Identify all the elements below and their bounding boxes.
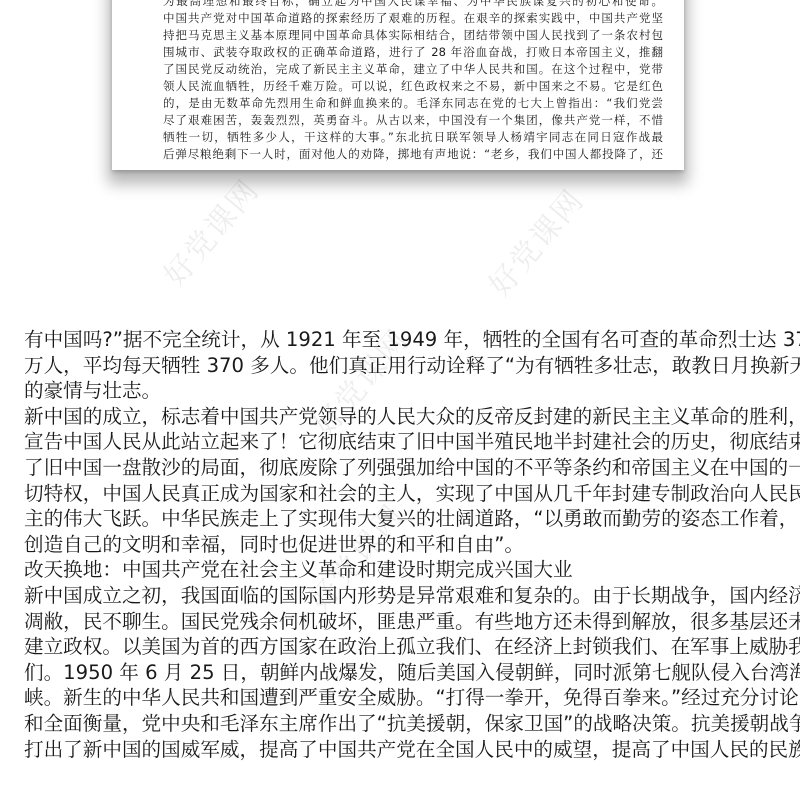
- watermark: 好党课网: [151, 168, 267, 294]
- body-line: 了旧中国一盘散沙的局面，彻底废除了列强强加给中国的不平等条约和帝国主义在中国的一: [24, 455, 776, 481]
- card-line: 尽了艰难困苦，轰轰烈烈，英勇奋斗。从古以来，中国没有一个集团，像共产党一样，不惜: [163, 112, 663, 129]
- section-heading: 改天换地：中国共产党在社会主义革命和建设时期完成兴国大业: [24, 557, 776, 583]
- body-line: 和全面衡量，党中央和毛泽东主席作出了“抗美援朝，保家卫国”的战略决策。抗美援朝战…: [24, 711, 776, 737]
- document-body: 有中国吗?”据不完全统计，从 1921 年至 1949 年，牺牲的全国有名可查的…: [24, 327, 776, 762]
- body-line: 主的伟大飞跃。中华民族走上了实现伟大复兴的壮阔道路，“以勇敢而勤劳的姿态工作着，: [24, 506, 776, 532]
- body-line: 建立政权。以美国为首的西方国家在政治上孤立我们、在经济上封锁我们、在军事上威胁我: [24, 634, 776, 660]
- card-line: 牺牲一切，牺牲多少人，干这样的大事。”东北抗日联军领导人杨靖宇同志在同日寇作战最: [163, 129, 663, 146]
- body-line: 凋敝，民不聊生。国民党残余伺机破坏，匪患严重。有些地方还未得到解放，很多基层还未: [24, 609, 776, 635]
- embedded-page-card: 为最高理想和最终目标，确立起为中国人民谋幸福、为中华民族谋复兴的初心和使命。 中…: [112, 0, 684, 170]
- card-text-block: 为最高理想和最终目标，确立起为中国人民谋幸福、为中华民族谋复兴的初心和使命。 中…: [163, 0, 663, 163]
- card-line: 中国共产党对中国革命道路的探索经历了艰难的历程。在艰辛的探索实践中，中国共产党坚: [163, 10, 663, 27]
- body-line: 新中国成立之初，我国面临的国际国内形势是异常艰难和复杂的。由于长期战争，国内经济: [24, 583, 776, 609]
- card-line: 了国民党反动统治，完成了新民主主义革命，建立了中华人民共和国。在这个过程中，党带: [163, 61, 663, 78]
- body-line: 的豪情与壮志。: [24, 378, 776, 404]
- body-line: 峡。新生的中华人民共和国遭到严重安全威胁。“打得一拳开，免得百拳来。”经过充分讨…: [24, 685, 776, 711]
- card-line: 为最高理想和最终目标，确立起为中国人民谋幸福、为中华民族谋复兴的初心和使命。: [163, 0, 663, 10]
- card-line: 领人民流血牺牲，历经千难万险。可以说，红色政权来之不易，新中国来之不易。它是红色: [163, 78, 663, 95]
- body-line: 打出了新中国的国威军威，提高了中国共产党在全国人民中的威望，提高了中国人民的民族: [24, 737, 776, 763]
- card-line: 后弹尽粮绝剩下一人时，面对他人的劝降，掷地有声地说：“老乡，我们中国人都投降了，…: [163, 146, 663, 163]
- body-line: 创造自己的文明和幸福，同时也促进世界的和平和自由”。: [24, 532, 776, 558]
- card-line: 围城市、武装夺取政权的正确革命道路，进行了 28 年浴血奋战，打败日本帝国主义，…: [163, 44, 663, 61]
- body-line: 万人，平均每天牺牲 370 多人。他们真正用行动诠释了“为有牺牲多壮志，敢教日月…: [24, 353, 776, 379]
- card-line: 持把马克思主义基本原理同中国革命具体实际相结合，团结带领中国人民找到了一条农村包: [163, 27, 663, 44]
- body-line: 新中国的成立，标志着中国共产党领导的人民大众的反帝反封建的新民主主义革命的胜利，: [24, 404, 776, 430]
- body-line: 们。1950 年 6 月 25 日，朝鲜内战爆发，随后美国入侵朝鲜，同时派第七舰…: [24, 660, 776, 686]
- body-line: 有中国吗?”据不完全统计，从 1921 年至 1949 年，牺牲的全国有名可查的…: [24, 327, 776, 353]
- watermark: 好党课网: [476, 178, 592, 304]
- body-line: 宣告中国人民从此站立起来了！它彻底结束了旧中国半殖民地半封建社会的历史，彻底结束: [24, 429, 776, 455]
- card-line: 的，是由无数革命先烈用生命和鲜血换来的。毛泽东同志在党的七大上曾指出：“我们党尝: [163, 95, 663, 112]
- body-line: 切特权，中国人民真正成为国家和社会的主人，实现了中国从几千年封建专制政治向人民民: [24, 481, 776, 507]
